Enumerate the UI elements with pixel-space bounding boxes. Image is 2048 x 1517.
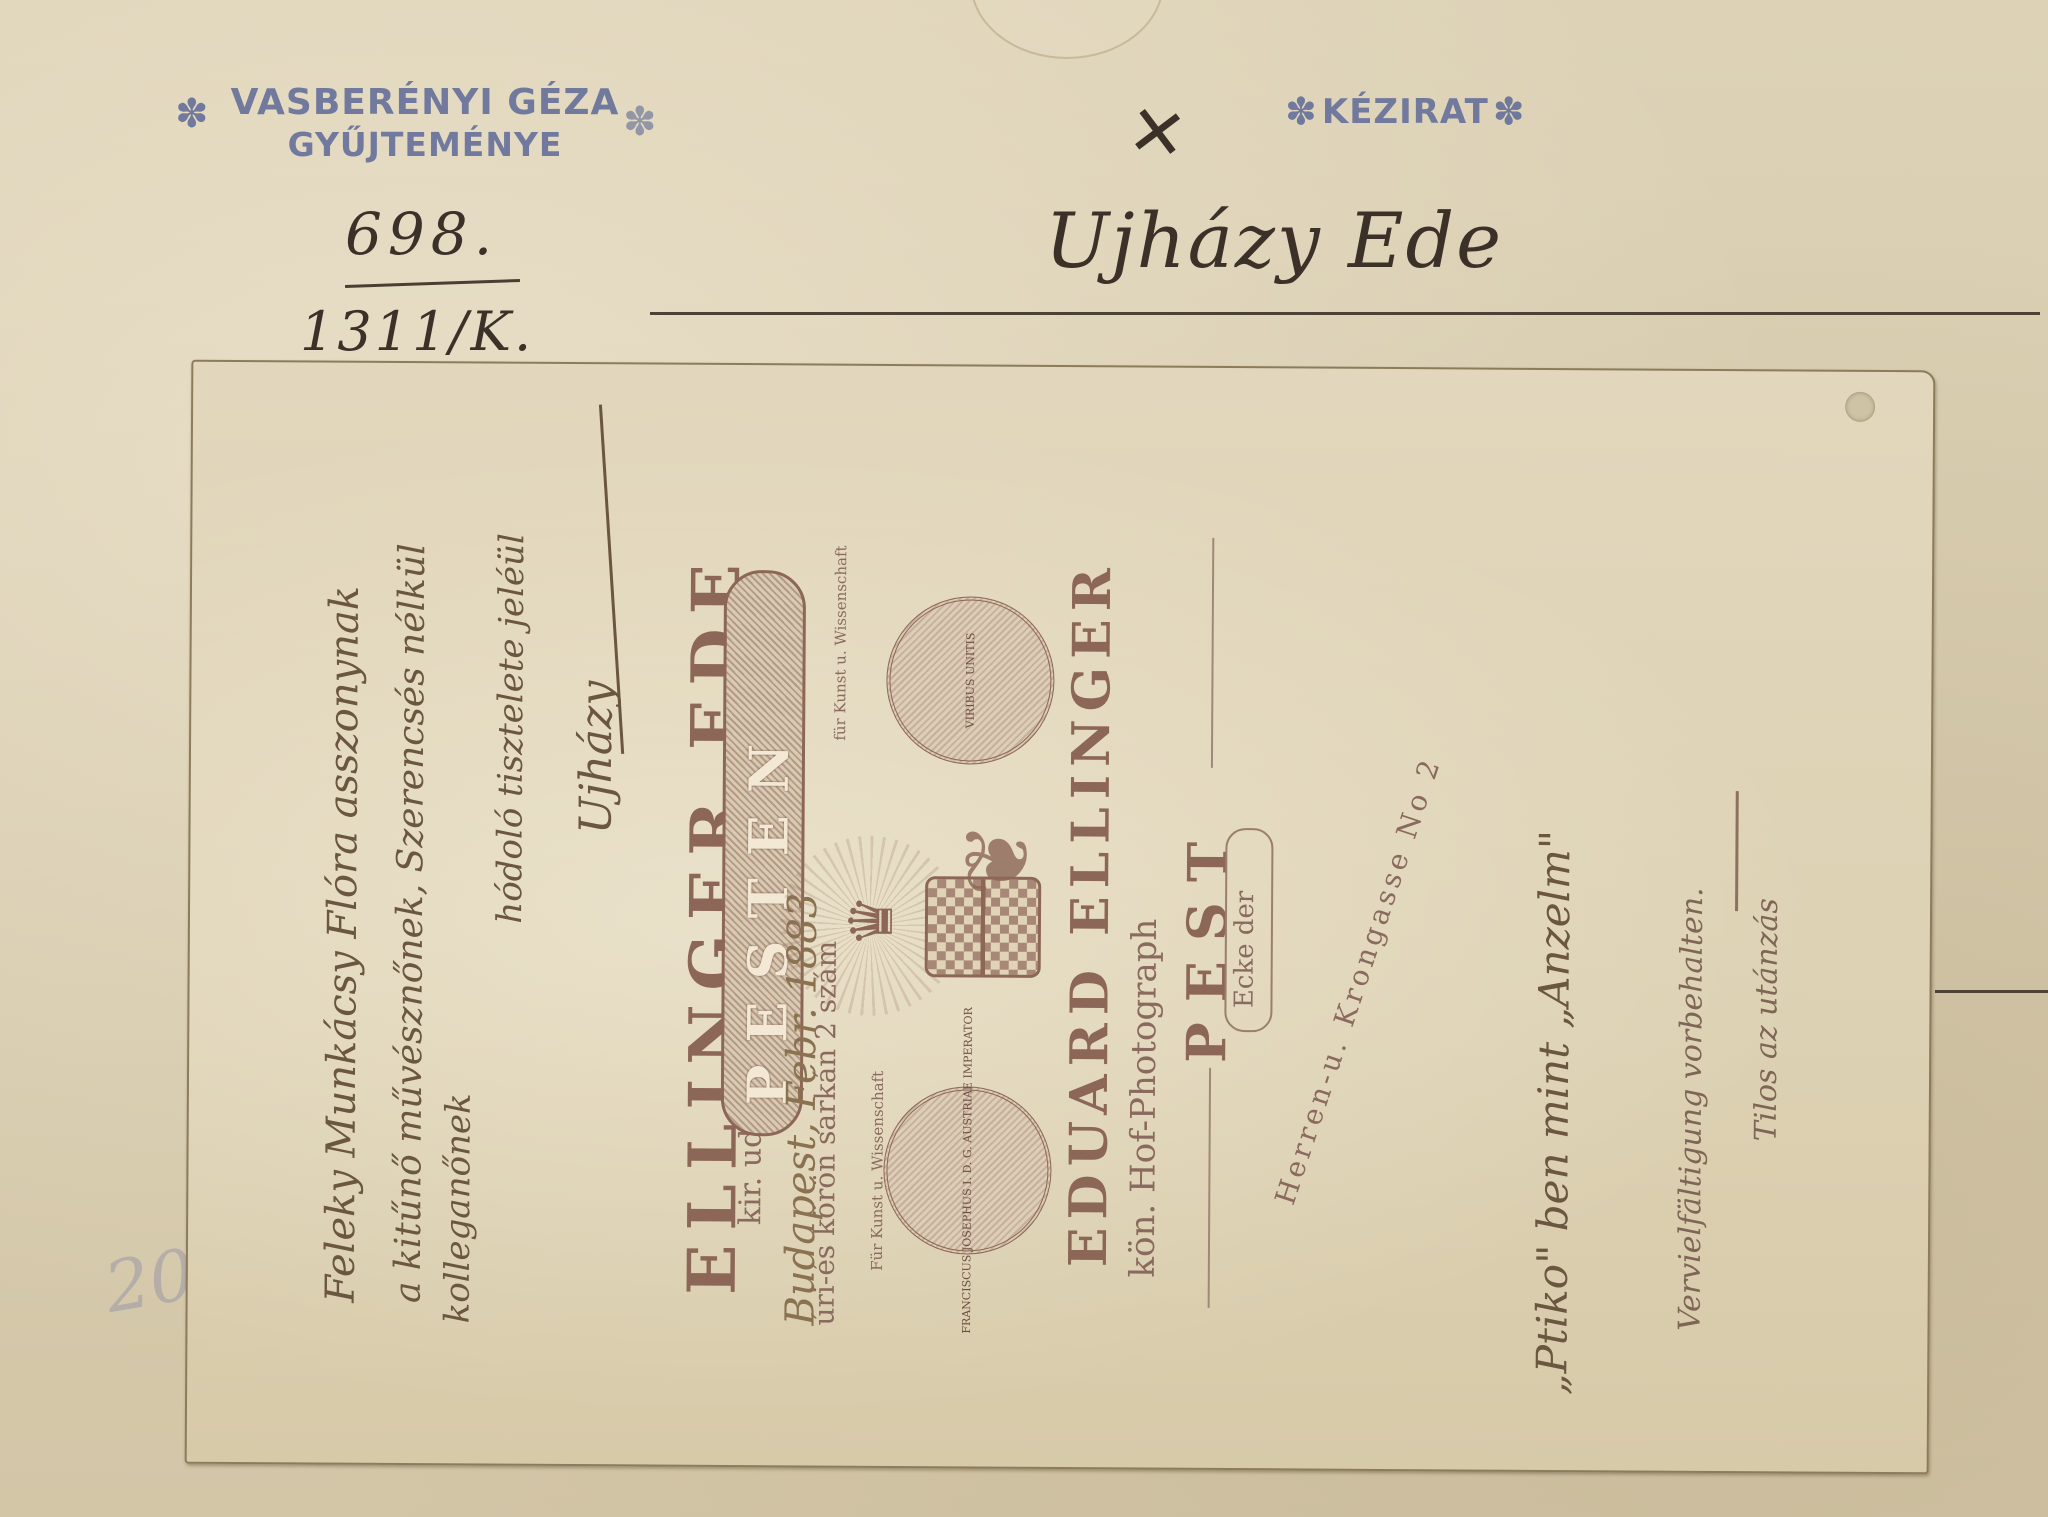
dedication-line: Feleky Munkácsy Flóra asszonynak <box>318 586 368 1303</box>
pinhole <box>1845 392 1875 422</box>
mounting-sheet: ✽ VASBERÉNYI GÉZA GYŰJTEMÉNYE ✽ ✽KÉZIRAT… <box>0 0 2048 1517</box>
medal-legend: VIRIBUS UNITIS <box>964 633 978 729</box>
studio-street-de: Herren-u. Krongasse No 2 <box>1268 752 1447 1208</box>
collection-stamp-line2: GYŰJTEMÉNYE <box>175 125 675 164</box>
sheet-rule-right <box>1935 990 2048 993</box>
dedication-line: kolleganőnek <box>438 1093 479 1323</box>
rights-notice-de: Vervielfältigung vorbehalten. <box>1672 887 1710 1331</box>
flower-ornament-icon: ✽ <box>623 102 658 142</box>
catalog-number: 698. <box>345 200 498 268</box>
manuscript-stamp-label: KÉZIRAT <box>1322 92 1489 132</box>
collection-stamp-line1: VASBERÉNYI GÉZA <box>175 82 675 123</box>
flower-ornament-icon: ✽ <box>175 94 210 134</box>
manuscript-stamp: ✽KÉZIRAT✽ <box>1285 90 1526 132</box>
medal-caption: Für Kunst u. Wissenschaft <box>868 1071 887 1271</box>
signature: Ujházy <box>570 681 622 835</box>
name-underline <box>650 312 2040 315</box>
crown-icon: ♛ <box>837 894 907 948</box>
studio-title-de: kön. Hof-Photograph <box>1123 918 1165 1277</box>
medal-legend: FRANCISCUS JOSEPHUS I. D. G. AUSTRIAE IM… <box>960 1007 975 1334</box>
handwritten-role-note: „Ptiko" ben mint „Anzelm" <box>1527 830 1579 1395</box>
rights-divider <box>1735 791 1739 911</box>
medal-franz-joseph: FRANCISCUS JOSEPHUS I. D. G. AUSTRIAE IM… <box>883 1086 1052 1255</box>
catalog-fraction-rule <box>345 279 520 288</box>
dedication-line: hódoló tisztelete jeléül <box>490 533 532 924</box>
studio-corner-de: Ecke der <box>1229 891 1260 1009</box>
subject-name: Ujházy Ede <box>1045 196 1503 285</box>
ornament-divider <box>1208 1068 1211 1308</box>
rights-notice-hu: Tilos az utánzás <box>1749 898 1785 1141</box>
dedication-line: a kitűnő művésznőnek, Szerencsés nélkül <box>388 543 434 1303</box>
studio-name-de: EDUARD ELLINGER <box>1058 560 1123 1267</box>
ornament-divider <box>1211 538 1214 768</box>
collection-stamp: ✽ VASBERÉNYI GÉZA GYŰJTEMÉNYE ✽ <box>175 82 675 164</box>
embossed-seal-mark <box>970 0 1164 59</box>
catalog-code: 1311/K. <box>300 300 534 363</box>
flower-ornament-icon: ✽ <box>1493 90 1526 134</box>
photo-card-reverse: Feleky Munkácsy Flóra asszonynak a kitűn… <box>185 360 1936 1475</box>
cross-mark-icon: ✕ <box>1123 88 1192 177</box>
medal-caption: für Kunst u. Wissenschaft <box>831 545 850 740</box>
flower-ornament-icon: ✽ <box>1285 90 1318 134</box>
griffin-icon: ❦ <box>945 821 1050 897</box>
medal-viribus-unitis: VIRIBUS UNITIS <box>886 596 1055 765</box>
